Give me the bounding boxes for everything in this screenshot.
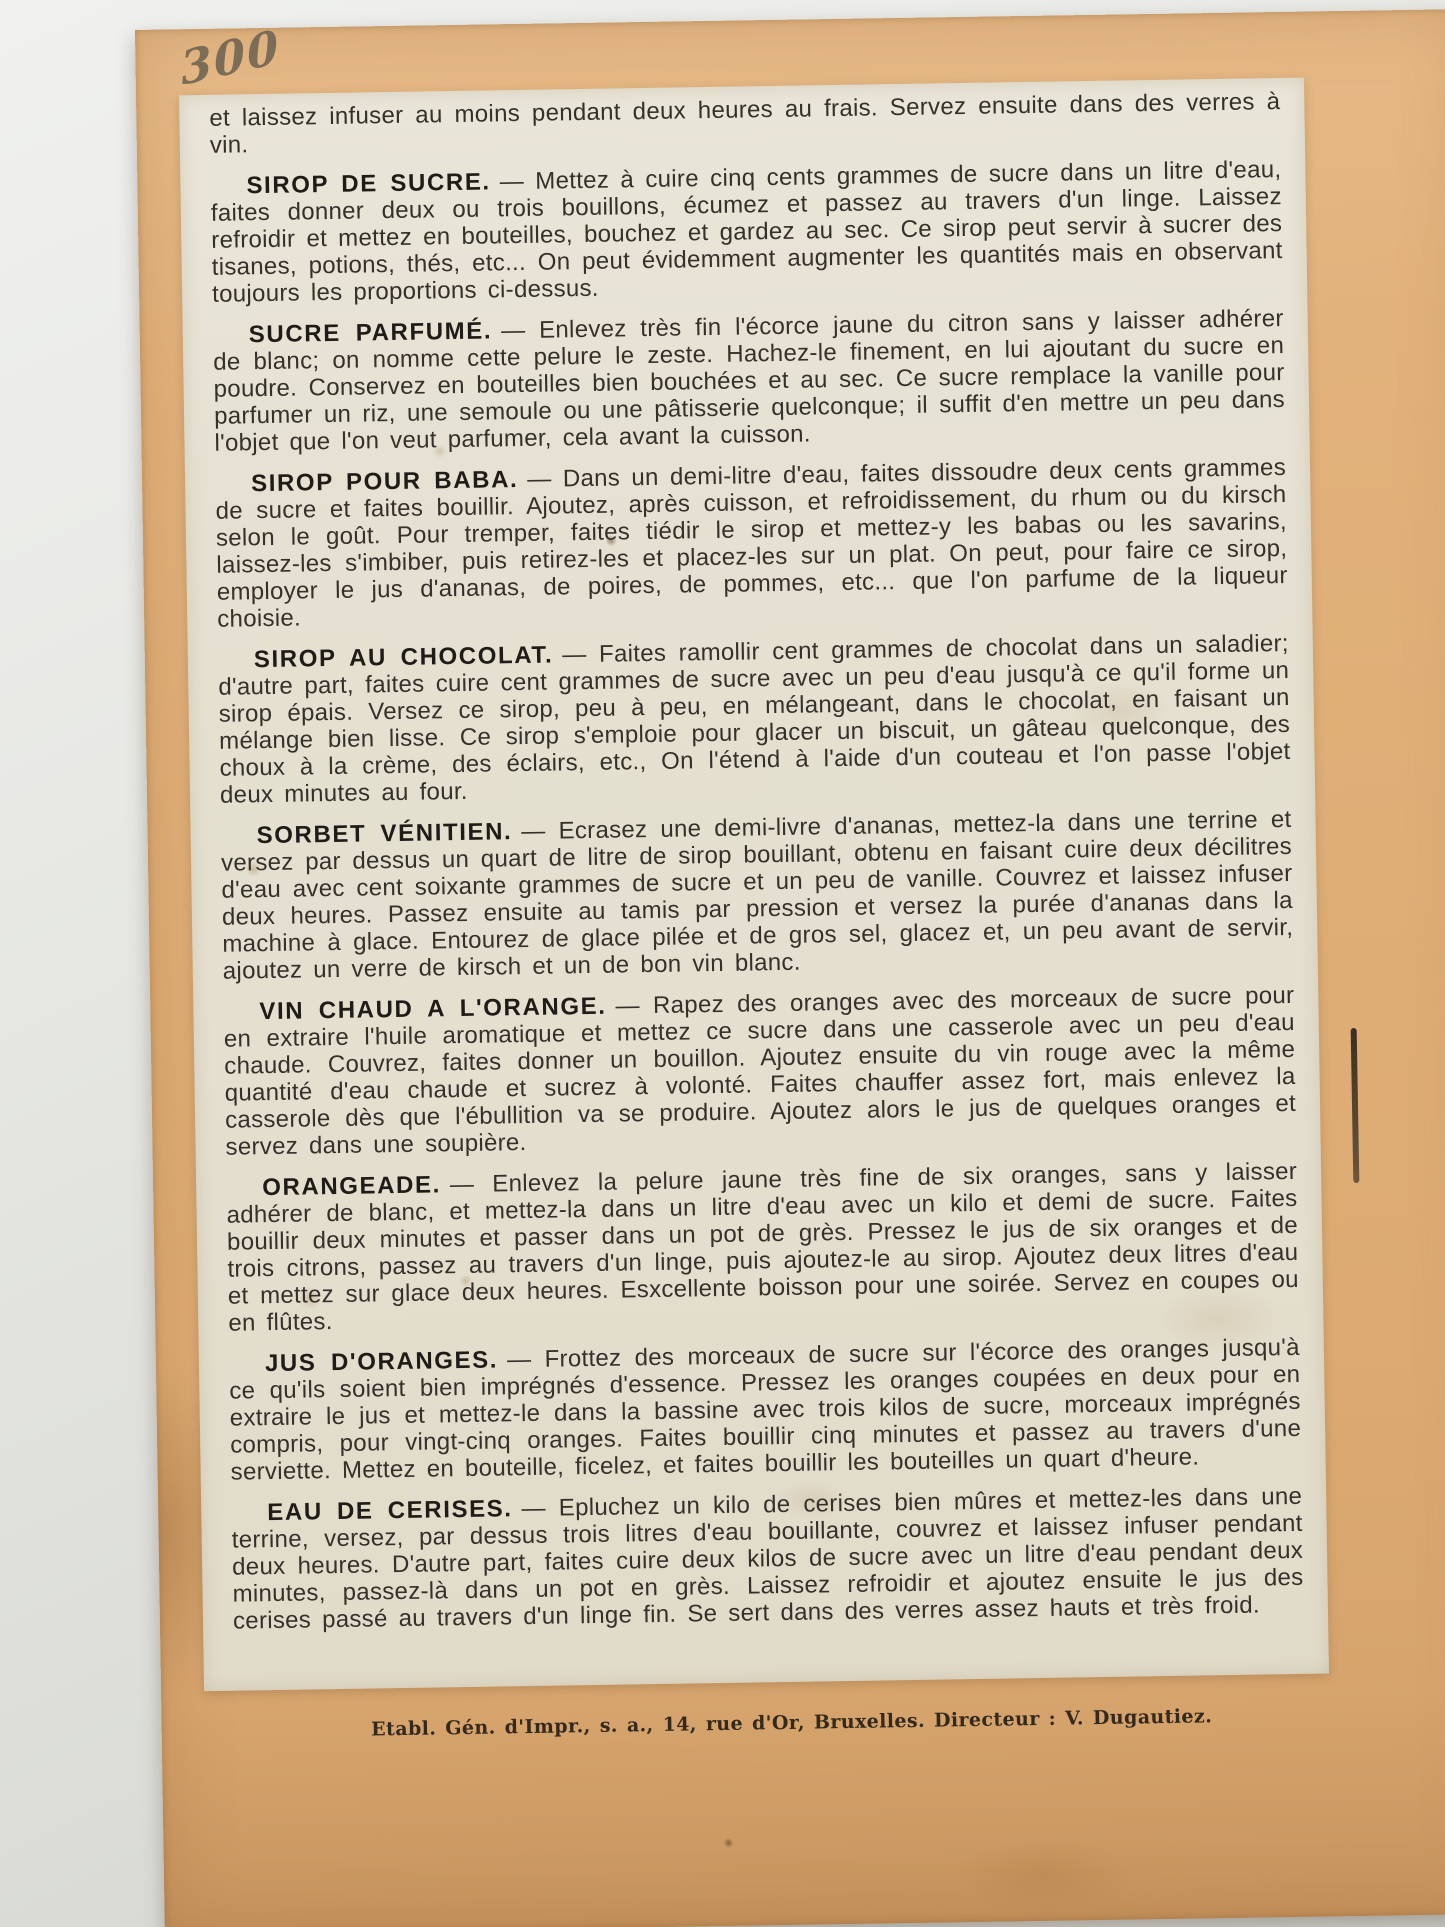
recipe-title: EAU DE CERISES. <box>267 1495 513 1526</box>
recipe-title: SUCRE PARFUMÉ. <box>249 317 493 348</box>
recipe-text-column: et laissez infuser au moins pendant deux… <box>209 88 1304 1635</box>
intro-paragraph: et laissez infuser au moins pendant deux… <box>209 88 1281 159</box>
recipe-paragraph: SIROP DE SUCRE.— Mettez à cuire cinq cen… <box>210 156 1283 308</box>
recipe-title: ORANGEADE. <box>262 1171 441 1201</box>
recipe-paragraph: EAU DE CERISES.— Epluchez un kilo de cer… <box>231 1483 1304 1635</box>
recipe-paragraph: JUS D'ORANGES.— Frottez des morceaux de … <box>229 1334 1302 1486</box>
recipe-paragraph: ORANGEADE.— Enlevez la pelure jaune très… <box>226 1158 1299 1337</box>
recipe-paragraph: VIN CHAUD A L'ORANGE.— Rapez des oranges… <box>223 982 1296 1161</box>
imprint-line: Etabl. Gén. d'Impr., s. a., 14, rue d'Or… <box>262 1704 1322 1743</box>
recipe-title: SIROP POUR BABA. <box>251 466 519 497</box>
recipe-title: SORBET VÉNITIEN. <box>256 818 512 849</box>
booklet-cover: 300 et laissez infuser au moins pendant … <box>135 9 1445 1927</box>
recipe-paragraph: SORBET VÉNITIEN.— Ecrasez une demi-livre… <box>220 806 1293 985</box>
recipe-paragraph: SIROP POUR BABA.— Dans un demi-litre d'e… <box>215 454 1288 633</box>
printed-page: et laissez infuser au moins pendant deux… <box>179 78 1329 1691</box>
recipe-title: JUS D'ORANGES. <box>265 1346 499 1377</box>
recipe-paragraph: SIROP AU CHOCOLAT.— Faites ramollir cent… <box>218 630 1291 809</box>
handwritten-number: 300 <box>178 19 282 96</box>
recipe-title: SIROP DE SUCRE. <box>246 168 491 199</box>
recipe-paragraph: SUCRE PARFUMÉ.— Enlevez très fin l'écorc… <box>213 305 1286 457</box>
photo-backdrop: 300 et laissez infuser au moins pendant … <box>0 0 1445 1927</box>
